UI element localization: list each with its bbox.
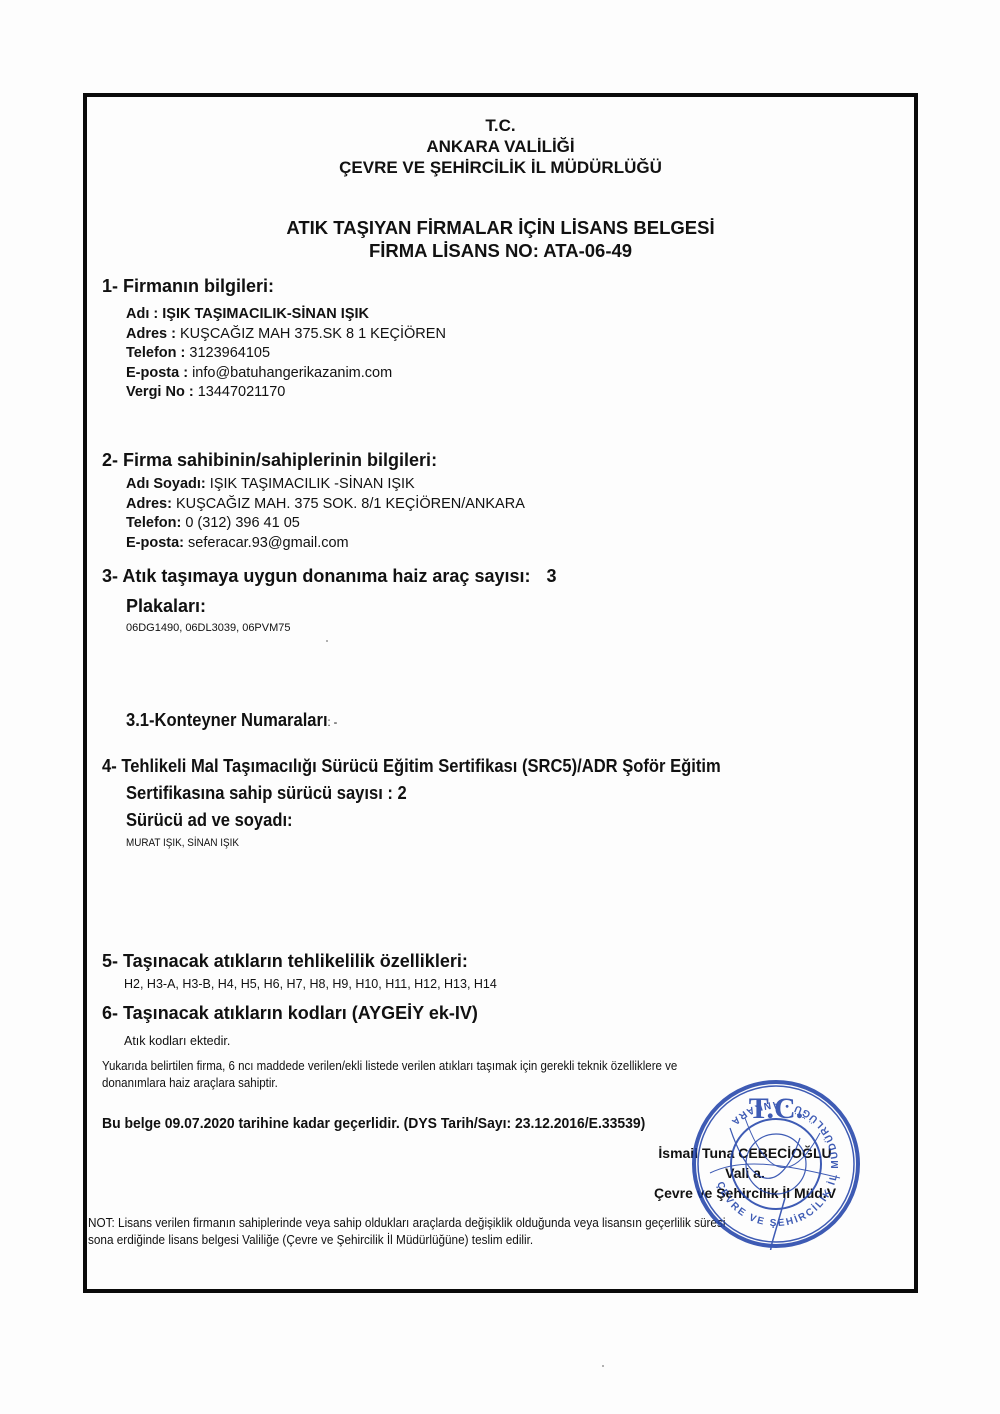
field-company-email: E-posta : info@batuhangerikazanim.com xyxy=(126,364,446,384)
certified-driver-count: Sertifikasına sahip sürücü sayısı : 2 xyxy=(126,783,407,804)
scan-speck xyxy=(602,1365,604,1367)
header-governorship: ANKARA VALİLİĞİ xyxy=(83,137,918,157)
vehicle-count: 3 xyxy=(546,566,556,586)
signatory-office: Çevre ve Şehircilik İl Müd.V xyxy=(615,1185,875,1201)
drivers-list: MURAT IŞIK, SİNAN IŞIK xyxy=(126,837,239,849)
field-owner-address: Adres: KUŞCAĞIZ MAH. 375 SOK. 8/1 KEÇİÖR… xyxy=(126,495,525,515)
license-number: FİRMA LİSANS NO: ATA-06-49 xyxy=(83,240,918,262)
field-company-address: Adres : KUŞCAĞIZ MAH 375.SK 8 1 KEÇİÖREN xyxy=(126,325,446,345)
section2-fields: Adı Soyadı: IŞIK TAŞIMACILIK -SİNAN IŞIK… xyxy=(126,475,525,553)
signatory-name: İsmail Tuna CEBECİOĞLU xyxy=(615,1145,875,1161)
field-owner-email: E-posta: seferacar.93@gmail.com xyxy=(126,534,525,554)
drivers-label: Sürücü ad ve soyadı: xyxy=(126,810,293,831)
signatory-title: Vali a. xyxy=(615,1165,875,1181)
field-owner-phone: Telefon: 0 (312) 396 41 05 xyxy=(126,514,525,534)
plates-list: 06DG1490, 06DL3039, 06PVM75 xyxy=(126,622,291,634)
section2-heading: 2- Firma sahibinin/sahiplerinin bilgiler… xyxy=(102,450,437,471)
document-border xyxy=(83,93,918,1293)
container-numbers: 3.1-Konteyner Numaraları: - xyxy=(126,710,337,731)
field-company-tax-no: Vergi No : 13447021170 xyxy=(126,383,446,403)
field-owner-name: Adı Soyadı: IŞIK TAŞIMACILIK -SİNAN IŞIK xyxy=(126,475,525,495)
validity-statement: Bu belge 09.07.2020 tarihine kadar geçer… xyxy=(102,1115,645,1132)
field-company-name: Adı : IŞIK TAŞIMACILIK-SİNAN IŞIK xyxy=(126,305,446,325)
return-note: NOT: Lisans verilen firmanın sahiplerind… xyxy=(88,1215,725,1249)
scan-speck xyxy=(326,640,328,642)
header-tc: T.C. xyxy=(83,116,918,136)
section4-heading: 4- Tehlikeli Mal Taşımacılığı Sürücü Eği… xyxy=(102,756,721,777)
plates-label: Plakaları: xyxy=(126,596,206,617)
section1-fields: Adı : IŞIK TAŞIMACILIK-SİNAN IŞIK Adres … xyxy=(126,305,446,403)
capability-statement: Yukarıda belirtilen firma, 6 ncı maddede… xyxy=(102,1058,677,1092)
field-company-phone: Telefon : 3123964105 xyxy=(126,344,446,364)
header-directorate: ÇEVRE VE ŞEHİRCİLİK İL MÜDÜRLÜĞÜ xyxy=(83,158,918,178)
section3-heading: 3- Atık taşımaya uygun donanıma haiz ara… xyxy=(102,566,557,587)
section6-heading: 6- Taşınacak atıkların kodları (AYGEİY e… xyxy=(102,1003,478,1024)
section5-heading: 5- Taşınacak atıkların tehlikelilik özel… xyxy=(102,951,468,972)
section1-heading: 1- Firmanın bilgileri: xyxy=(102,276,274,297)
waste-codes: Atık kodları ektedir. xyxy=(124,1032,230,1052)
container-numbers-value: : - xyxy=(328,715,338,729)
hazard-properties: H2, H3-A, H3-B, H4, H5, H6, H7, H8, H9, … xyxy=(124,975,497,995)
document-title: ATIK TAŞIYAN FİRMALAR İÇİN LİSANS BELGES… xyxy=(83,217,918,239)
